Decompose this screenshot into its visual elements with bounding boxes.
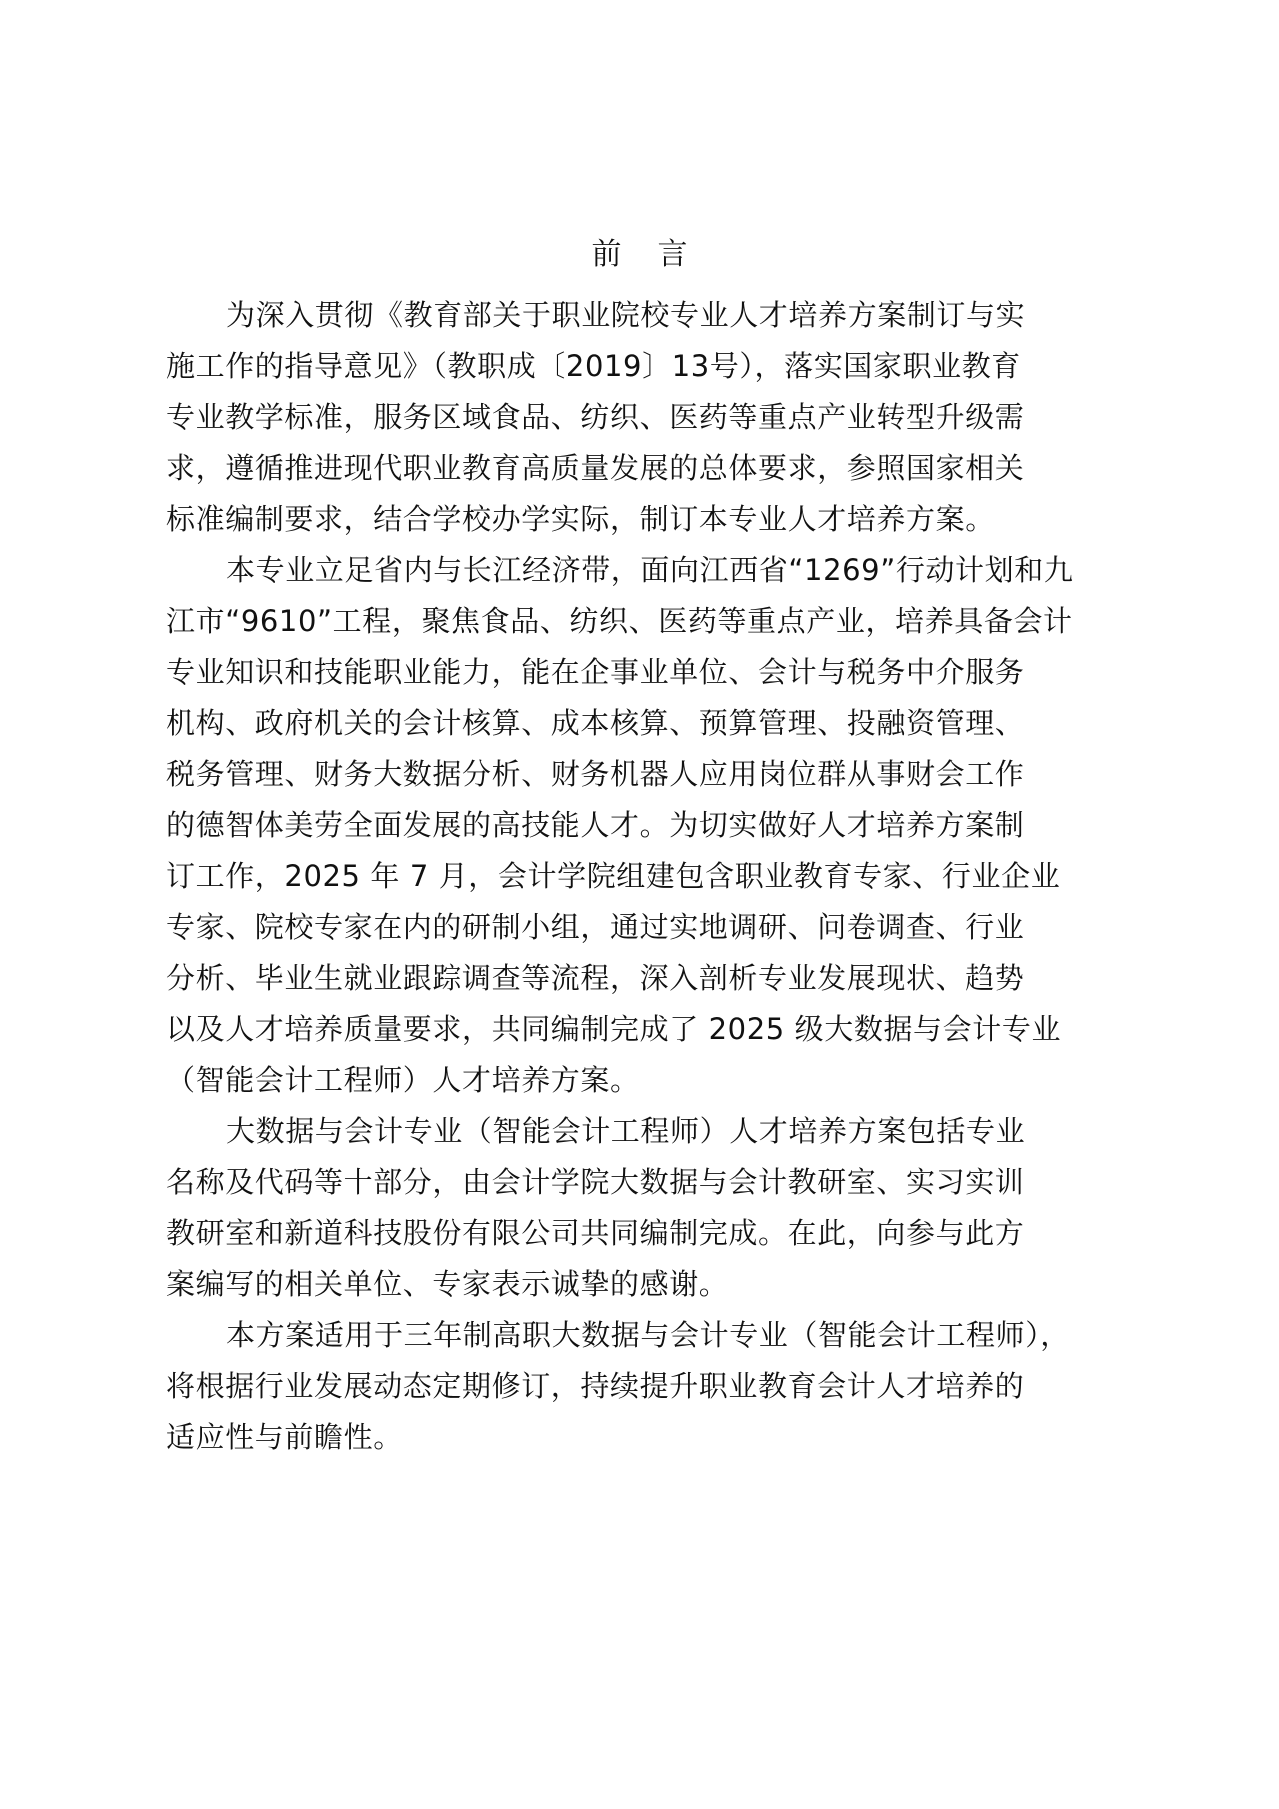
text-line: 案编写的相关单位、专家表示诚挚的感谢。 [166,1259,1126,1310]
text-line: 教研室和新道科技股份有限公司共同编制完成。在此，向参与此方 [166,1208,1126,1259]
paragraph-3: 大数据与会计专业（智能会计工程师）人才培养方案包括专业 名称及代码等十部分，由会… [166,1106,1126,1310]
text-line: 江市“9610”工程，聚焦食品、纺织、医药等重点产业，培养具备会计 [166,596,1126,647]
body-text: 为深入贯彻《教育部关于职业院校专业人才培养方案制订与实 施工作的指导意见》（教职… [166,290,1126,1463]
text-line: 本方案适用于三年制高职大数据与会计专业（智能会计工程师）， [166,1310,1126,1361]
page-title: 前言 [0,235,1279,275]
paragraph-2: 本专业立足省内与长江经济带，面向江西省“1269”行动计划和九 江市“9610”… [166,545,1126,1106]
text-line: 的德智体美劳全面发展的高技能人才。为切实做好人才培养方案制 [166,800,1126,851]
text-line: 标准编制要求，结合学校办学实际，制订本专业人才培养方案。 [166,494,1126,545]
text-line: 求，遵循推进现代职业教育高质量发展的总体要求，参照国家相关 [166,443,1126,494]
paragraph-1: 为深入贯彻《教育部关于职业院校专业人才培养方案制订与实 施工作的指导意见》（教职… [166,290,1126,545]
text-line: 税务管理、财务大数据分析、财务机器人应用岗位群从事财会工作 [166,749,1126,800]
text-line: 适应性与前瞻性。 [166,1412,1126,1463]
paragraph-4: 本方案适用于三年制高职大数据与会计专业（智能会计工程师）， 将根据行业发展动态定… [166,1310,1126,1463]
text-line: 施工作的指导意见》（教职成〔2019〕13号），落实国家职业教育 [166,341,1126,392]
text-line: 为深入贯彻《教育部关于职业院校专业人才培养方案制订与实 [166,290,1126,341]
text-line: 将根据行业发展动态定期修订，持续提升职业教育会计人才培养的 [166,1361,1126,1412]
text-line: 订工作，2025 年 7 月，会计学院组建包含职业教育专家、行业企业 [166,851,1126,902]
text-line: 大数据与会计专业（智能会计工程师）人才培养方案包括专业 [166,1106,1126,1157]
text-line: 专家、院校专家在内的研制小组，通过实地调研、问卷调查、行业 [166,902,1126,953]
text-line: 分析、毕业生就业跟踪调查等流程，深入剖析专业发展现状、趋势 [166,953,1126,1004]
document-page: 前言 为深入贯彻《教育部关于职业院校专业人才培养方案制订与实 施工作的指导意见》… [0,0,1279,1809]
text-line: 机构、政府机关的会计核算、成本核算、预算管理、投融资管理、 [166,698,1126,749]
text-line: 专业知识和技能职业能力，能在企事业单位、会计与税务中介服务 [166,647,1126,698]
text-line: （智能会计工程师）人才培养方案。 [166,1055,1126,1106]
text-line: 本专业立足省内与长江经济带，面向江西省“1269”行动计划和九 [166,545,1126,596]
text-line: 名称及代码等十部分，由会计学院大数据与会计教研室、实习实训 [166,1157,1126,1208]
text-line: 专业教学标准，服务区域食品、纺织、医药等重点产业转型升级需 [166,392,1126,443]
text-line: 以及人才培养质量要求，共同编制完成了 2025 级大数据与会计专业 [166,1004,1126,1055]
